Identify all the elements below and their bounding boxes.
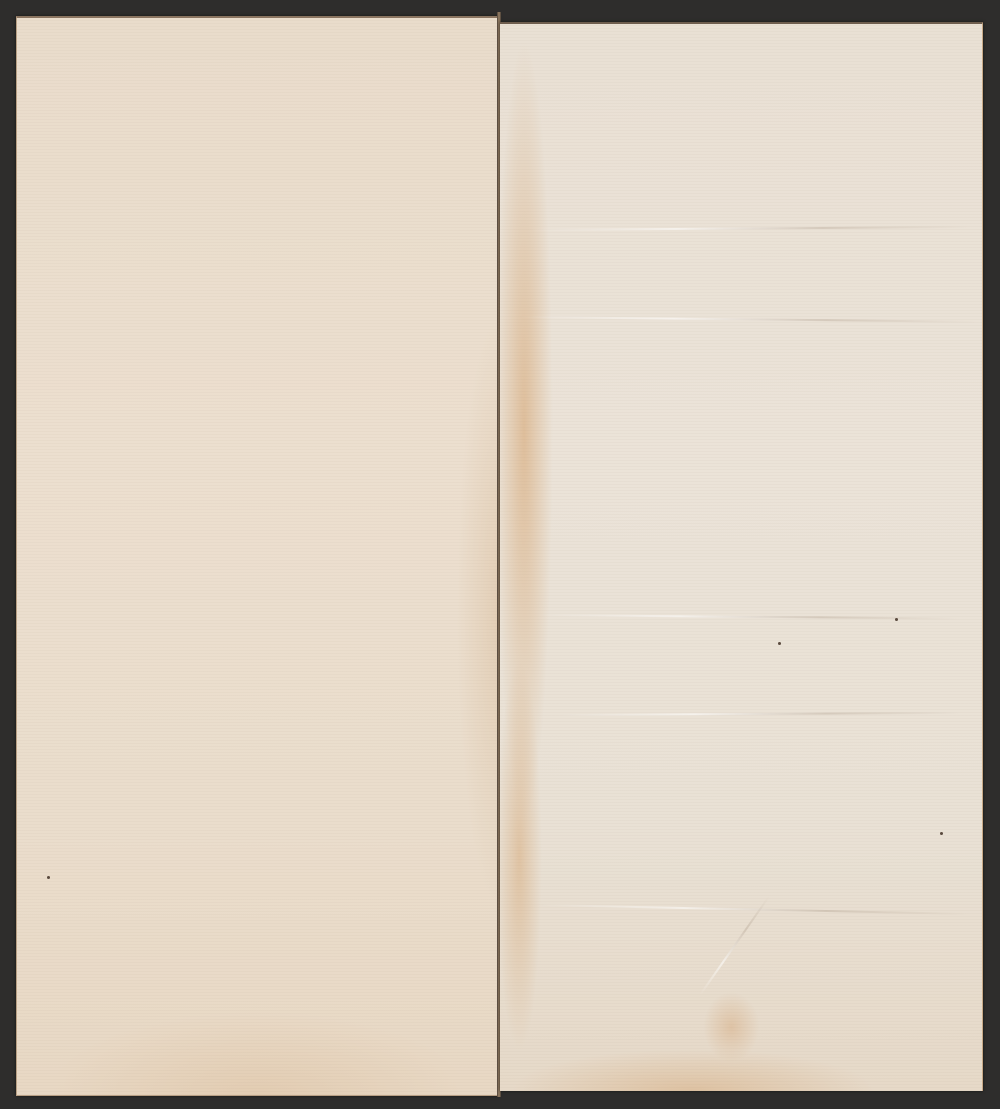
speck bbox=[47, 876, 50, 879]
speck bbox=[895, 618, 898, 621]
speck bbox=[940, 832, 943, 835]
right-page bbox=[500, 22, 983, 1091]
left-page bbox=[16, 16, 499, 1096]
paper-crease bbox=[699, 896, 769, 995]
document-spread bbox=[0, 0, 1000, 1109]
paper-crease bbox=[530, 226, 970, 231]
paper-crease bbox=[560, 712, 960, 716]
paper-crease bbox=[520, 316, 980, 323]
speck bbox=[778, 642, 781, 645]
